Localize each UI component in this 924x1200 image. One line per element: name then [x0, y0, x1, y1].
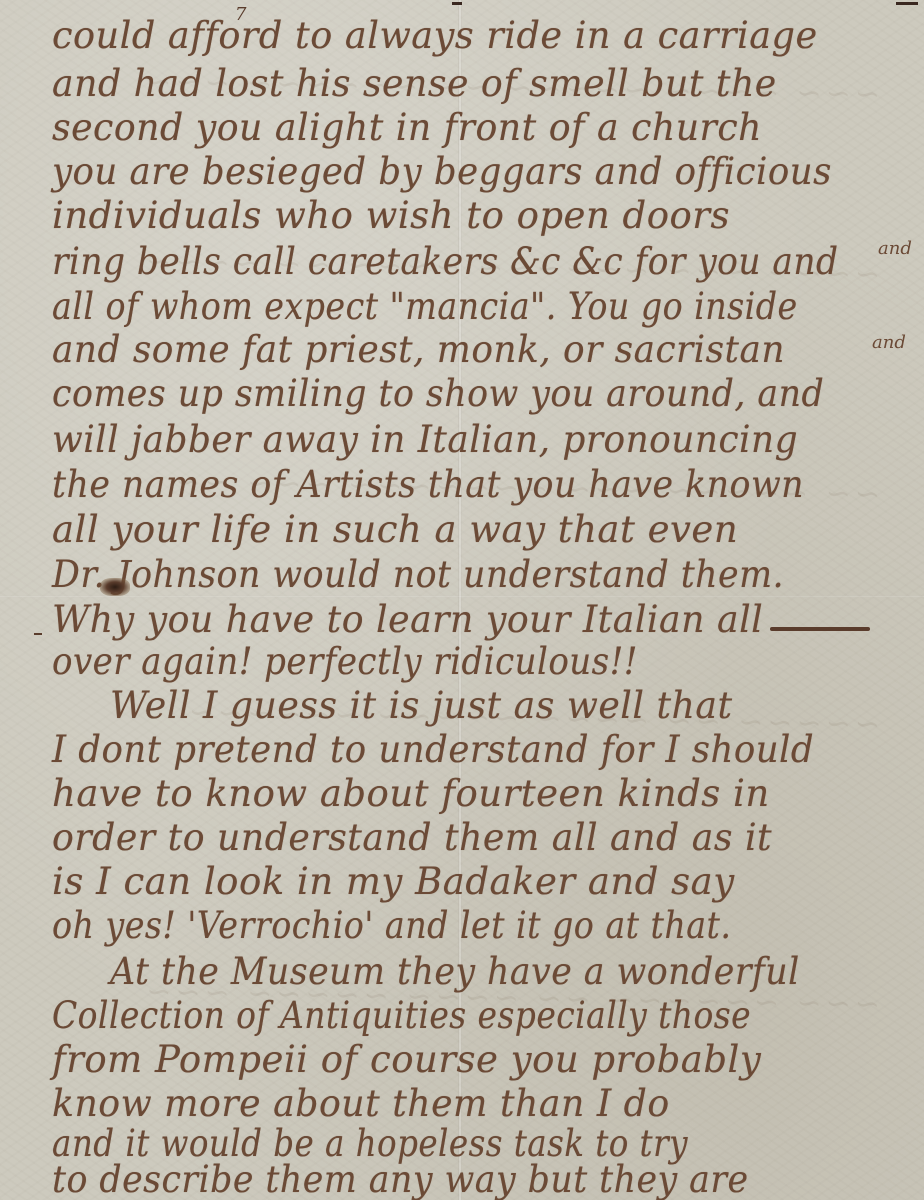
letter-line: oh yes! 'Verrochio' and let it go at tha… — [52, 904, 731, 948]
letter-line: Dr. Johnson would not understand them. — [52, 553, 784, 597]
letter-line: you are besieged by beggars and officiou… — [52, 150, 832, 194]
letter-line: over again! perfectly ridiculous!! — [52, 640, 638, 684]
letter-line: could afford to always ride in a carriag… — [52, 14, 818, 58]
letter-line: and had lost his sense of smell but the — [52, 62, 777, 106]
top-edge-mark — [452, 2, 462, 5]
ink-blot — [100, 578, 130, 596]
letter-line: order to understand them all and as it — [52, 816, 772, 860]
letter-page: ~~~ ~~~~ ~~~~~ ~~ ~~~~~~ ~~~ ~~~~ ~~~ ~~… — [0, 0, 924, 1200]
letter-line: Why you have to learn your Italian all — [52, 598, 763, 642]
margin-note-and: and — [878, 238, 912, 259]
letter-line: and some fat priest, monk, or sacristan — [52, 328, 785, 372]
letter-line: to describe them any way but they are — [52, 1158, 749, 1200]
margin-note-and: and — [872, 332, 906, 353]
ink-strike — [770, 627, 870, 631]
top-edge-mark — [896, 2, 918, 5]
letter-line: ring bells call caretakers &c &c for you… — [52, 240, 838, 284]
letter-line: comes up smiling to show you around, and — [52, 372, 824, 416]
letter-line: have to know about fourteen kinds in — [52, 772, 770, 816]
letter-line: know more about them than I do — [52, 1082, 670, 1126]
letter-line: I dont pretend to understand for I shoul… — [52, 728, 814, 772]
letter-line: the names of Artists that you have known — [52, 463, 804, 507]
letter-line: all of whom expect "mancia". You go insi… — [52, 285, 798, 329]
letter-line: At the Museum they have a wonderful — [110, 950, 800, 994]
letter-line: second you alight in front of a church — [52, 106, 762, 150]
letter-line: will jabber away in Italian, pronouncing — [52, 418, 798, 462]
letter-line: all your life in such a way that even — [52, 508, 738, 552]
letter-line: is I can look in my Badaker and say — [52, 860, 735, 904]
letter-line: individuals who wish to open doors — [52, 194, 730, 238]
margin-mark — [34, 633, 42, 635]
letter-line: from Pompeii of course you probably — [52, 1038, 761, 1082]
letter-line: Well I guess it is just as well that — [110, 684, 733, 728]
letter-line: Collection of Antiquities especially tho… — [52, 994, 751, 1038]
